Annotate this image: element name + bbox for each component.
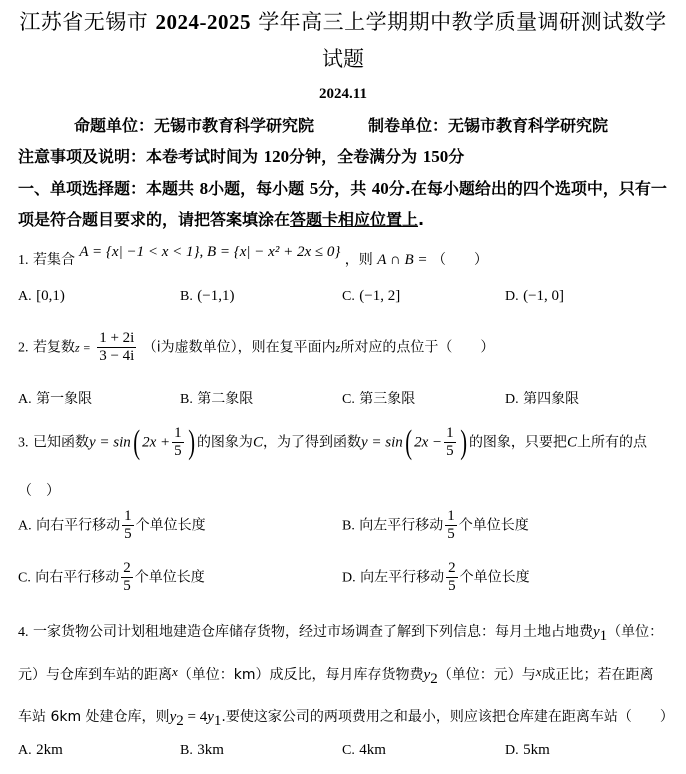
question-number: 4. — [18, 625, 29, 640]
question-1-option-a[interactable]: A. [0,1) — [18, 288, 65, 305]
question-text: （单位： — [607, 624, 663, 640]
question-1-stem: 1. 若集合 A = {x| −1 < x < 1}, B = {x| − x²… — [18, 250, 488, 271]
question-2-option-b[interactable]: B. 第二象限 — [180, 388, 253, 408]
option-text: [0,1) — [36, 288, 65, 304]
question-text: 车站 6km 处建仓库，则 — [18, 709, 170, 725]
section-text: 项是符合题目要求的，请把答案填涂在 — [18, 210, 290, 229]
setter-unit: 命题单位：无锡市教育科学研究院 — [74, 115, 314, 137]
question-2-option-c[interactable]: C. 第三象限 — [342, 388, 415, 408]
x-variable: x — [536, 664, 542, 679]
option-text: (−1, 0] — [523, 288, 564, 304]
fraction-denominator: 3 − 4i — [97, 348, 136, 365]
option-label: B. — [180, 289, 193, 304]
question-text: 的图象为 — [197, 435, 253, 451]
question-1-option-b[interactable]: B. (−1,1) — [180, 288, 235, 305]
exam-notice: 注意事项及说明：本卷考试时间为 120分钟，全卷满分为 150分 — [18, 146, 464, 168]
option-label: A. — [18, 743, 32, 758]
fraction-numerator: 1 — [122, 508, 134, 526]
notice-suffix: 分 — [448, 147, 464, 166]
option-label: D. — [505, 392, 519, 407]
question-4-line3: 车站 6km 处建仓库，则y2 = 4y1.要使这家公司的两项费用之和最小，则应… — [18, 707, 674, 731]
question-text: （i为虚数单位），则在复平面内 — [143, 340, 336, 356]
question-text: .要使这家公司的两项费用之和最小，则应该把仓库建在距离车站（ ） — [221, 709, 673, 725]
question-text: 已知函数 — [33, 435, 89, 451]
right-paren-icon: ) — [460, 426, 467, 460]
section-text: . — [418, 210, 424, 229]
complex-fraction: 1 + 2i 3 − 4i — [97, 330, 136, 365]
question-text: 若集合 — [33, 252, 75, 268]
answer-blank: （ ） — [432, 252, 488, 268]
y1-variable: y — [207, 709, 214, 725]
function-1-inner: 2x + — [142, 435, 170, 451]
section-each: 5 — [310, 179, 319, 198]
function-2-inner: 2x − — [414, 435, 442, 451]
question-4-option-a[interactable]: A. 2km — [18, 742, 63, 759]
exam-date: 2024.11 — [0, 86, 686, 103]
subscript: 1 — [600, 628, 608, 644]
curve-c: C — [567, 435, 577, 451]
notice-points: 150 — [423, 147, 449, 166]
question-2-stem: 2. 若复数z = 1 + 2i 3 − 4i （i为虚数单位），则在复平面内z… — [18, 330, 494, 365]
section-text: 分.在每小题给出的四个选项中，只有一 — [389, 179, 667, 198]
option-label: D. — [342, 571, 356, 586]
question-1-option-d[interactable]: D. (−1, 0] — [505, 288, 564, 305]
set-b-formula: , B = {x| − x² + 2x ≤ 0} — [199, 244, 340, 260]
question-text: 的图象，只要把 — [469, 435, 567, 451]
fraction-numerator: 2 — [121, 560, 133, 578]
fraction-denominator: 5 — [121, 578, 133, 595]
option-text: 向右平行移动 — [36, 518, 120, 534]
section-count: 8 — [200, 179, 209, 198]
fraction-denominator: 5 — [446, 578, 458, 595]
question-4-option-b[interactable]: B. 3km — [180, 742, 224, 759]
document-title-line2: 试题 — [0, 45, 686, 73]
subscript: 2 — [430, 671, 438, 687]
question-text: 一家货物公司计划租地建造仓库储存货物，经过市场调查了解到下列信息：每月土地占地费 — [33, 624, 593, 640]
option-fraction: 25 — [446, 560, 458, 595]
fraction-numerator: 1 — [172, 425, 184, 443]
set-a-formula: A = {x| −1 < x < 1} — [79, 244, 199, 260]
intersection-formula: A ∩ B = — [377, 252, 427, 268]
question-2-option-d[interactable]: D. 第四象限 — [505, 388, 579, 408]
option-label: B. — [342, 519, 355, 534]
option-text: 向左平行移动 — [360, 570, 444, 586]
notice-minutes: 120 — [264, 147, 290, 166]
question-4-option-d[interactable]: D. 5km — [505, 742, 550, 759]
fraction-numerator: 1 — [445, 508, 457, 526]
z-variable: z = — [75, 341, 91, 355]
question-text: 上所有的点 — [577, 435, 647, 451]
option-fraction: 15 — [445, 508, 457, 543]
option-text: 个单位长度 — [459, 518, 529, 534]
answer-sheet-position: 答题卡相应位置上 — [290, 210, 418, 229]
question-text: ，为了得到函数 — [263, 435, 361, 451]
question-4-line1: 4. 一家货物公司计划租地建造仓库储存货物，经过市场调查了解到下列信息：每月土地… — [18, 622, 663, 646]
option-text: 2km — [36, 742, 63, 758]
option-text: 5km — [523, 742, 550, 758]
y1-variable: y — [593, 624, 600, 640]
option-text: (−1, 2] — [359, 288, 400, 304]
option-text: 个单位长度 — [460, 570, 530, 586]
question-number: 1. — [18, 253, 29, 268]
equation-mid: = 4 — [184, 709, 207, 725]
section-header-line2: 项是符合题目要求的，请把答案填涂在答题卡相应位置上. — [18, 209, 424, 231]
question-3-option-c[interactable]: C. 向右平行移动25个单位长度 — [18, 560, 205, 595]
option-label: C. — [18, 571, 31, 586]
question-text: （单位：元）与 — [438, 667, 536, 683]
section-total: 40 — [372, 179, 389, 198]
option-label: B. — [180, 392, 193, 407]
question-text: 所对应的点位于（ ） — [340, 340, 494, 356]
document-title: 江苏省无锡市 2024-2025 学年高三上学期期中教学质量调研测试数学 — [0, 8, 686, 36]
title-prefix: 江苏省无锡市 — [19, 10, 148, 34]
option-text: 第一象限 — [36, 391, 92, 407]
right-paren-icon: ) — [188, 426, 195, 460]
option-text: 个单位长度 — [136, 518, 206, 534]
fraction-numerator: 1 — [444, 425, 456, 443]
question-3-option-b[interactable]: B. 向左平行移动15个单位长度 — [342, 508, 529, 543]
option-text: 4km — [359, 742, 386, 758]
fraction-denominator: 5 — [172, 443, 184, 460]
fraction-denominator: 5 — [444, 443, 456, 460]
option-text: 向左平行移动 — [359, 518, 443, 534]
left-paren-icon: ( — [405, 426, 412, 460]
question-text: 成正比；若在距离 — [541, 667, 653, 683]
option-fraction: 25 — [121, 560, 133, 595]
notice-prefix: 注意事项及说明：本卷考试时间为 — [18, 147, 258, 166]
option-text: 向右平行移动 — [35, 570, 119, 586]
function-2-prefix: y = sin — [361, 435, 403, 451]
option-label: D. — [505, 289, 519, 304]
x-variable: x — [172, 664, 178, 679]
fraction-numerator: 2 — [446, 560, 458, 578]
fraction-denominator: 5 — [445, 526, 457, 543]
question-4-line2: 元）与仓库到车站的距离x（单位：km）成反比，每月库存货物费y2（单位：元）与x… — [18, 665, 653, 689]
question-number: 3. — [18, 436, 29, 451]
option-label: C. — [342, 743, 355, 758]
option-label: C. — [342, 289, 355, 304]
section-text: 分，共 — [318, 179, 366, 198]
option-text: 第二象限 — [197, 391, 253, 407]
function-1-prefix: y = sin — [89, 435, 131, 451]
question-text: 若复数 — [33, 340, 75, 356]
notice-mid: 分钟，全卷满分为 — [289, 147, 417, 166]
question-3-option-d[interactable]: D. 向左平行移动25个单位长度 — [342, 560, 530, 595]
option-text: 个单位长度 — [135, 570, 205, 586]
subscript: 2 — [176, 713, 184, 729]
option-text: 3km — [197, 742, 224, 758]
title-suffix: 学年高三上学期期中教学质量调研测试数学 — [258, 10, 667, 34]
option-label: A. — [18, 519, 32, 534]
section-text: 小题，每小题 — [208, 179, 304, 198]
option-label: B. — [180, 743, 193, 758]
section-text: 一、单项选择题：本题共 — [18, 179, 194, 198]
fraction-denominator: 5 — [122, 526, 134, 543]
left-paren-icon: ( — [133, 426, 140, 460]
option-label: A. — [18, 392, 32, 407]
option-text: 第三象限 — [359, 391, 415, 407]
fraction-numerator: 1 + 2i — [97, 330, 136, 348]
question-4-option-c[interactable]: C. 4km — [342, 742, 386, 759]
function-1-fraction: 15 — [172, 425, 184, 460]
question-2-option-a[interactable]: A. 第一象限 — [18, 388, 92, 408]
option-label: A. — [18, 289, 32, 304]
question-3-stem: 3. 已知函数y = sin(2x +15)的图象为C，为了得到函数y = si… — [18, 425, 647, 460]
question-text: （单位：km）成反比，每月库存货物费 — [178, 667, 424, 683]
maker-unit: 制卷单位：无锡市教育科学研究院 — [368, 115, 608, 137]
question-3-blank: （ ） — [18, 481, 60, 501]
option-label: D. — [505, 743, 519, 758]
section-header-line1: 一、单项选择题：本题共 8小题，每小题 5分，共 40分.在每小题给出的四个选项… — [18, 178, 667, 200]
option-label: C. — [342, 392, 355, 407]
question-3-option-a[interactable]: A. 向右平行移动15个单位长度 — [18, 508, 206, 543]
question-1-option-c[interactable]: C. (−1, 2] — [342, 288, 400, 305]
curve-c: C — [253, 435, 263, 451]
function-2-fraction: 15 — [444, 425, 456, 460]
option-text: 第四象限 — [523, 391, 579, 407]
question-number: 2. — [18, 341, 29, 356]
option-fraction: 15 — [122, 508, 134, 543]
question-text: 元）与仓库到车站的距离 — [18, 667, 172, 683]
title-years: 2024-2025 — [156, 10, 252, 34]
question-text: ，则 — [345, 252, 373, 268]
option-text: (−1,1) — [197, 288, 234, 304]
